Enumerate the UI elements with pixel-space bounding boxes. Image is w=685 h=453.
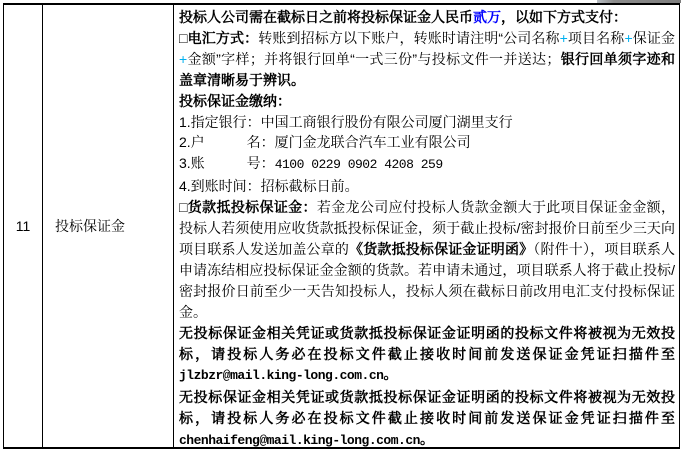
plus-glyph: + — [624, 30, 632, 46]
text-run: 金额”字样；并将银行回单“一式三份”与投标文件一并送达； — [187, 51, 560, 67]
text-run: 无投标保证金相关凭证或货款抵投标保证金证明函的投标文件将被视为无效投标，请投标人… — [179, 389, 675, 426]
tender-terms-table: 11 投标保证金 投标人公司需在截标日之前将投标保证金人民币贰万，以如下方式支付… — [3, 3, 680, 449]
row-number-cell: 11 — [4, 5, 43, 447]
text-run: 2.户 名：厦门金龙联合汽车工业有限公司 — [179, 134, 471, 150]
account-number: 4100 0229 0902 4208 259 — [275, 157, 443, 172]
paragraph: 3.账 号：4100 0229 0902 4208 259 — [179, 153, 675, 176]
paragraph: 4.到账时间：招标截标日前。 — [179, 176, 675, 197]
email-address: jlzbzr@mail.king-long.com.cn — [179, 368, 383, 383]
deposit-amount: 贰万 — [473, 9, 501, 25]
row-number: 11 — [16, 218, 31, 234]
paragraph: 无投标保证金相关凭证或货款抵投标保证金证明函的投标文件将被视为无效投标，请投标人… — [179, 323, 675, 388]
text-run: 无投标保证金相关凭证或货款抵投标保证金证明函的投标文件将被视为无效投标，请投标人… — [179, 325, 675, 362]
text-run: ，以如下方式支付： — [501, 9, 627, 25]
row-label: 投标保证金 — [55, 216, 125, 236]
text-run: 项目名称 — [568, 30, 625, 46]
paragraph: □货款抵投标保证金：若金龙公司应付投标人货款金额大于此项目保证金金额，投标人若须… — [179, 197, 675, 322]
text-run: 4.到账时间：招标截标日前。 — [179, 178, 359, 194]
text-run: 货款抵投标保证金： — [188, 199, 317, 215]
plus-glyph: + — [560, 30, 568, 46]
paragraph: 2.户 名：厦门金龙联合汽车工业有限公司 — [179, 132, 675, 153]
plus-glyph: + — [179, 51, 187, 67]
text-run: 投标保证金缴纳： — [179, 93, 291, 109]
paragraph: 1.指定银行：中国工商银行股份有限公司厦门湖里支行 — [179, 112, 675, 133]
text-run: 1.指定银行：中国工商银行股份有限公司厦门湖里支行 — [179, 114, 513, 130]
text-run: 投标人公司需在截标日之前将投标保证金人民币 — [179, 9, 473, 25]
content-cell: 投标人公司需在截标日之前将投标保证金人民币贰万，以如下方式支付：□电汇方式：转账… — [174, 5, 679, 447]
checkbox-glyph: □ — [179, 199, 188, 215]
row-label-cell: 投标保证金 — [43, 5, 174, 447]
text-run: 转账到招标方以下账户，转账时请注明“公司名称 — [258, 30, 559, 46]
text-run: 3.账 号： — [179, 155, 275, 171]
text-run: 《货款抵投标保证金证明函》 — [349, 241, 533, 257]
text-run: 电汇方式： — [188, 30, 259, 46]
email-address: chenhaifeng@mail.king-long.com.cn — [179, 433, 420, 447]
checkbox-glyph: □ — [179, 30, 188, 46]
paragraph: 投标保证金缴纳： — [179, 91, 675, 112]
paragraph: □电汇方式：转账到招标方以下账户，转账时请注明“公司名称+项目名称+保证金+金额… — [179, 28, 675, 91]
paragraph: 无投标保证金相关凭证或货款抵投标保证金证明函的投标文件将被视为无效投标，请投标人… — [179, 387, 675, 447]
text-run: 。 — [383, 366, 397, 382]
text-run: 。 — [420, 431, 434, 447]
text-run: 保证金 — [633, 30, 675, 46]
paragraph: 投标人公司需在截标日之前将投标保证金人民币贰万，以如下方式支付： — [179, 7, 675, 28]
